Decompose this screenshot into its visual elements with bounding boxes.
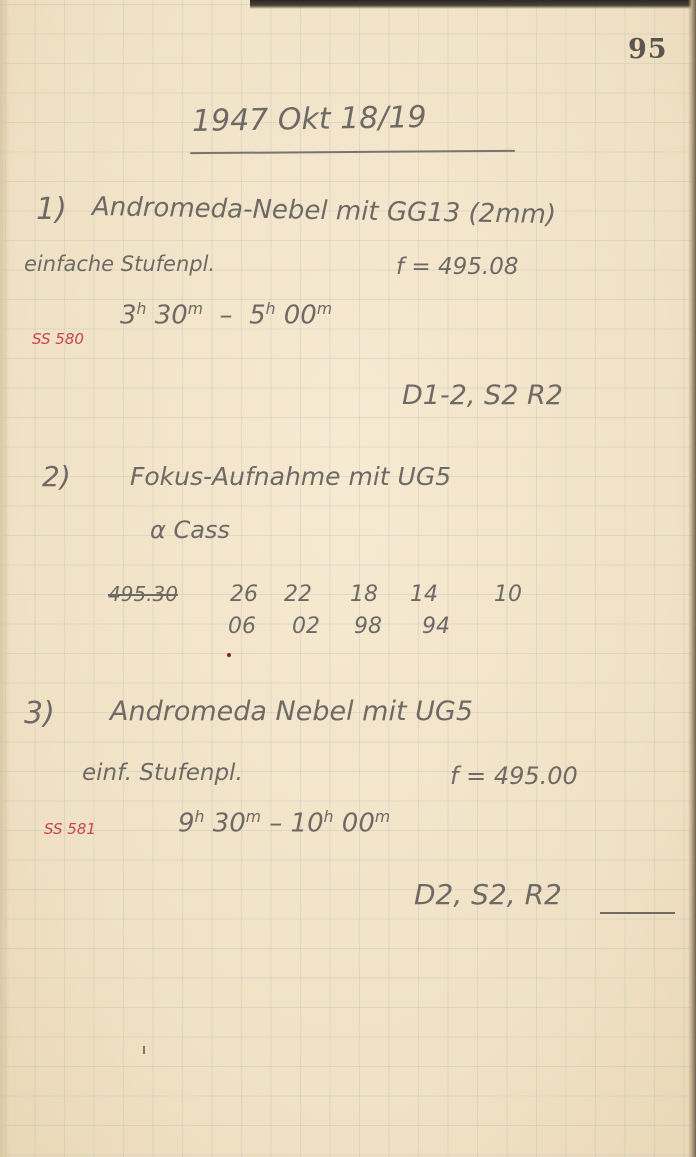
entry-1-plate-type: einfache Stufenpl. — [24, 252, 215, 276]
entry-3-number: 3) — [24, 696, 55, 731]
entry-1-object-line: Andromeda-Nebel mit GG13 (2mm) — [92, 192, 557, 230]
book-cover-edge — [250, 0, 696, 9]
entry-2-struck-focus: 495.30 — [108, 582, 178, 606]
entry-2-description: Fokus-Aufnahme mit UG5 — [130, 462, 451, 491]
entry-3-plate-type: einf. Stufenpl. — [82, 760, 243, 786]
notebook-page: 95 1947 Okt 18/19 1) Andromeda-Nebel mit… — [0, 0, 696, 1157]
pencil-mark — [143, 1046, 145, 1054]
start-minute: 30 — [213, 809, 246, 839]
entry-1-quality: D1-2, S2 R2 — [402, 380, 563, 411]
red-ink-spot — [227, 653, 231, 657]
page-number: 95 — [628, 34, 668, 65]
start-hour: 9 — [178, 809, 195, 839]
end-hour: 5 — [249, 301, 266, 331]
entry-date-heading: 1947 Okt 18/19 — [192, 100, 427, 139]
entry-1-focus: f = 495.08 — [396, 254, 518, 280]
entry-3-quality: D2, S2, R2 — [414, 878, 562, 911]
entry-2-star: α Cass — [150, 516, 230, 544]
entry-1-exposure-time: 3h 30m – 5h 00m — [120, 300, 332, 331]
quality-flourish — [600, 912, 675, 914]
entry-3-exposure-time: 9h 30m – 10h 00m — [178, 808, 390, 839]
heading-underline — [190, 150, 515, 154]
end-minute: 00 — [284, 301, 317, 331]
entry-3-object-line: Andromeda Nebel mit UG5 — [110, 696, 473, 727]
entry-2-number: 2) — [42, 460, 71, 493]
entry-1-number: 1) — [36, 192, 67, 227]
start-hour: 3 — [120, 301, 137, 331]
entry-3-plate-id: SS 581 — [44, 820, 96, 838]
entry-3-focus: f = 495.00 — [450, 762, 578, 790]
end-hour: 10 — [291, 809, 324, 839]
entry-1-plate-id: SS 580 — [32, 330, 84, 348]
end-minute: 00 — [342, 809, 375, 839]
start-minute: 30 — [155, 301, 188, 331]
page-gutter-shadow — [0, 0, 10, 1157]
page-right-edge — [688, 0, 696, 1157]
